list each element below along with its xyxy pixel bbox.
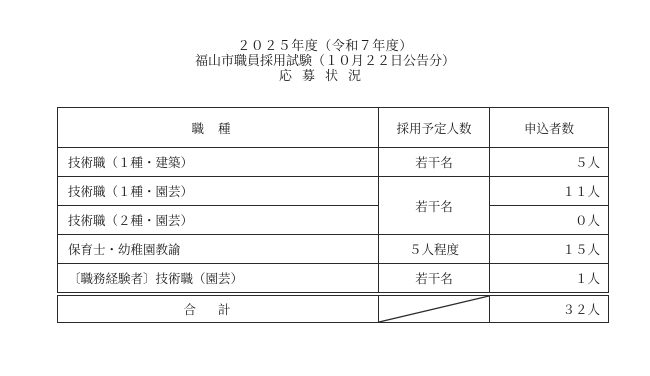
job-type-cell: 技術職（２種・園芸） (58, 206, 379, 235)
applicants-cell: １人 (490, 264, 609, 295)
total-applicants: ３２人 (490, 294, 609, 323)
application-status-table: 職種 採用予定人数 申込者数 技術職（１種・建築） 若干名 ５人 技術職（１種・… (57, 107, 609, 323)
table-row: 技術職（１種・建築） 若干名 ５人 (58, 148, 609, 177)
job-type-cell: 技術職（１種・園芸） (58, 177, 379, 206)
planned-cell: 若干名 (379, 148, 490, 177)
diagonal-blank-cell (379, 294, 490, 323)
job-type-cell: 技術職（１種・建築） (58, 148, 379, 177)
table-row: 〔職務経験者〕技術職（園芸） 若干名 １人 (58, 264, 609, 295)
title-year: ２０２５年度（令和７年度） (0, 39, 650, 54)
total-row: 合計 ３２人 (58, 294, 609, 323)
total-label: 合計 (58, 294, 379, 323)
job-type-cell: 〔職務経験者〕技術職（園芸） (58, 264, 379, 295)
applicants-cell: ０人 (490, 206, 609, 235)
header-job-type: 職種 (58, 108, 379, 148)
planned-cell: 若干名 (379, 264, 490, 295)
applicants-cell: ５人 (490, 148, 609, 177)
table-row: 技術職（２種・園芸） ０人 (58, 206, 609, 235)
planned-cell: ５人程度 (379, 235, 490, 264)
table-row: 保育士・幼稚園教諭 ５人程度 １５人 (58, 235, 609, 264)
title-exam: 福山市職員採用試験（１０月２２日公告分） (0, 54, 650, 69)
applicants-cell: １５人 (490, 235, 609, 264)
table-header-row: 職種 採用予定人数 申込者数 (58, 108, 609, 148)
header-planned-hires: 採用予定人数 (379, 108, 490, 148)
job-type-cell: 保育士・幼稚園教諭 (58, 235, 379, 264)
planned-cell-merged: 若干名 (379, 177, 490, 235)
table-row: 技術職（１種・園芸） 若干名 １１人 (58, 177, 609, 206)
diagonal-line-icon (379, 296, 489, 322)
header-applicants: 申込者数 (490, 108, 609, 148)
title-status: 応募状況 (0, 69, 650, 84)
applicants-cell: １１人 (490, 177, 609, 206)
